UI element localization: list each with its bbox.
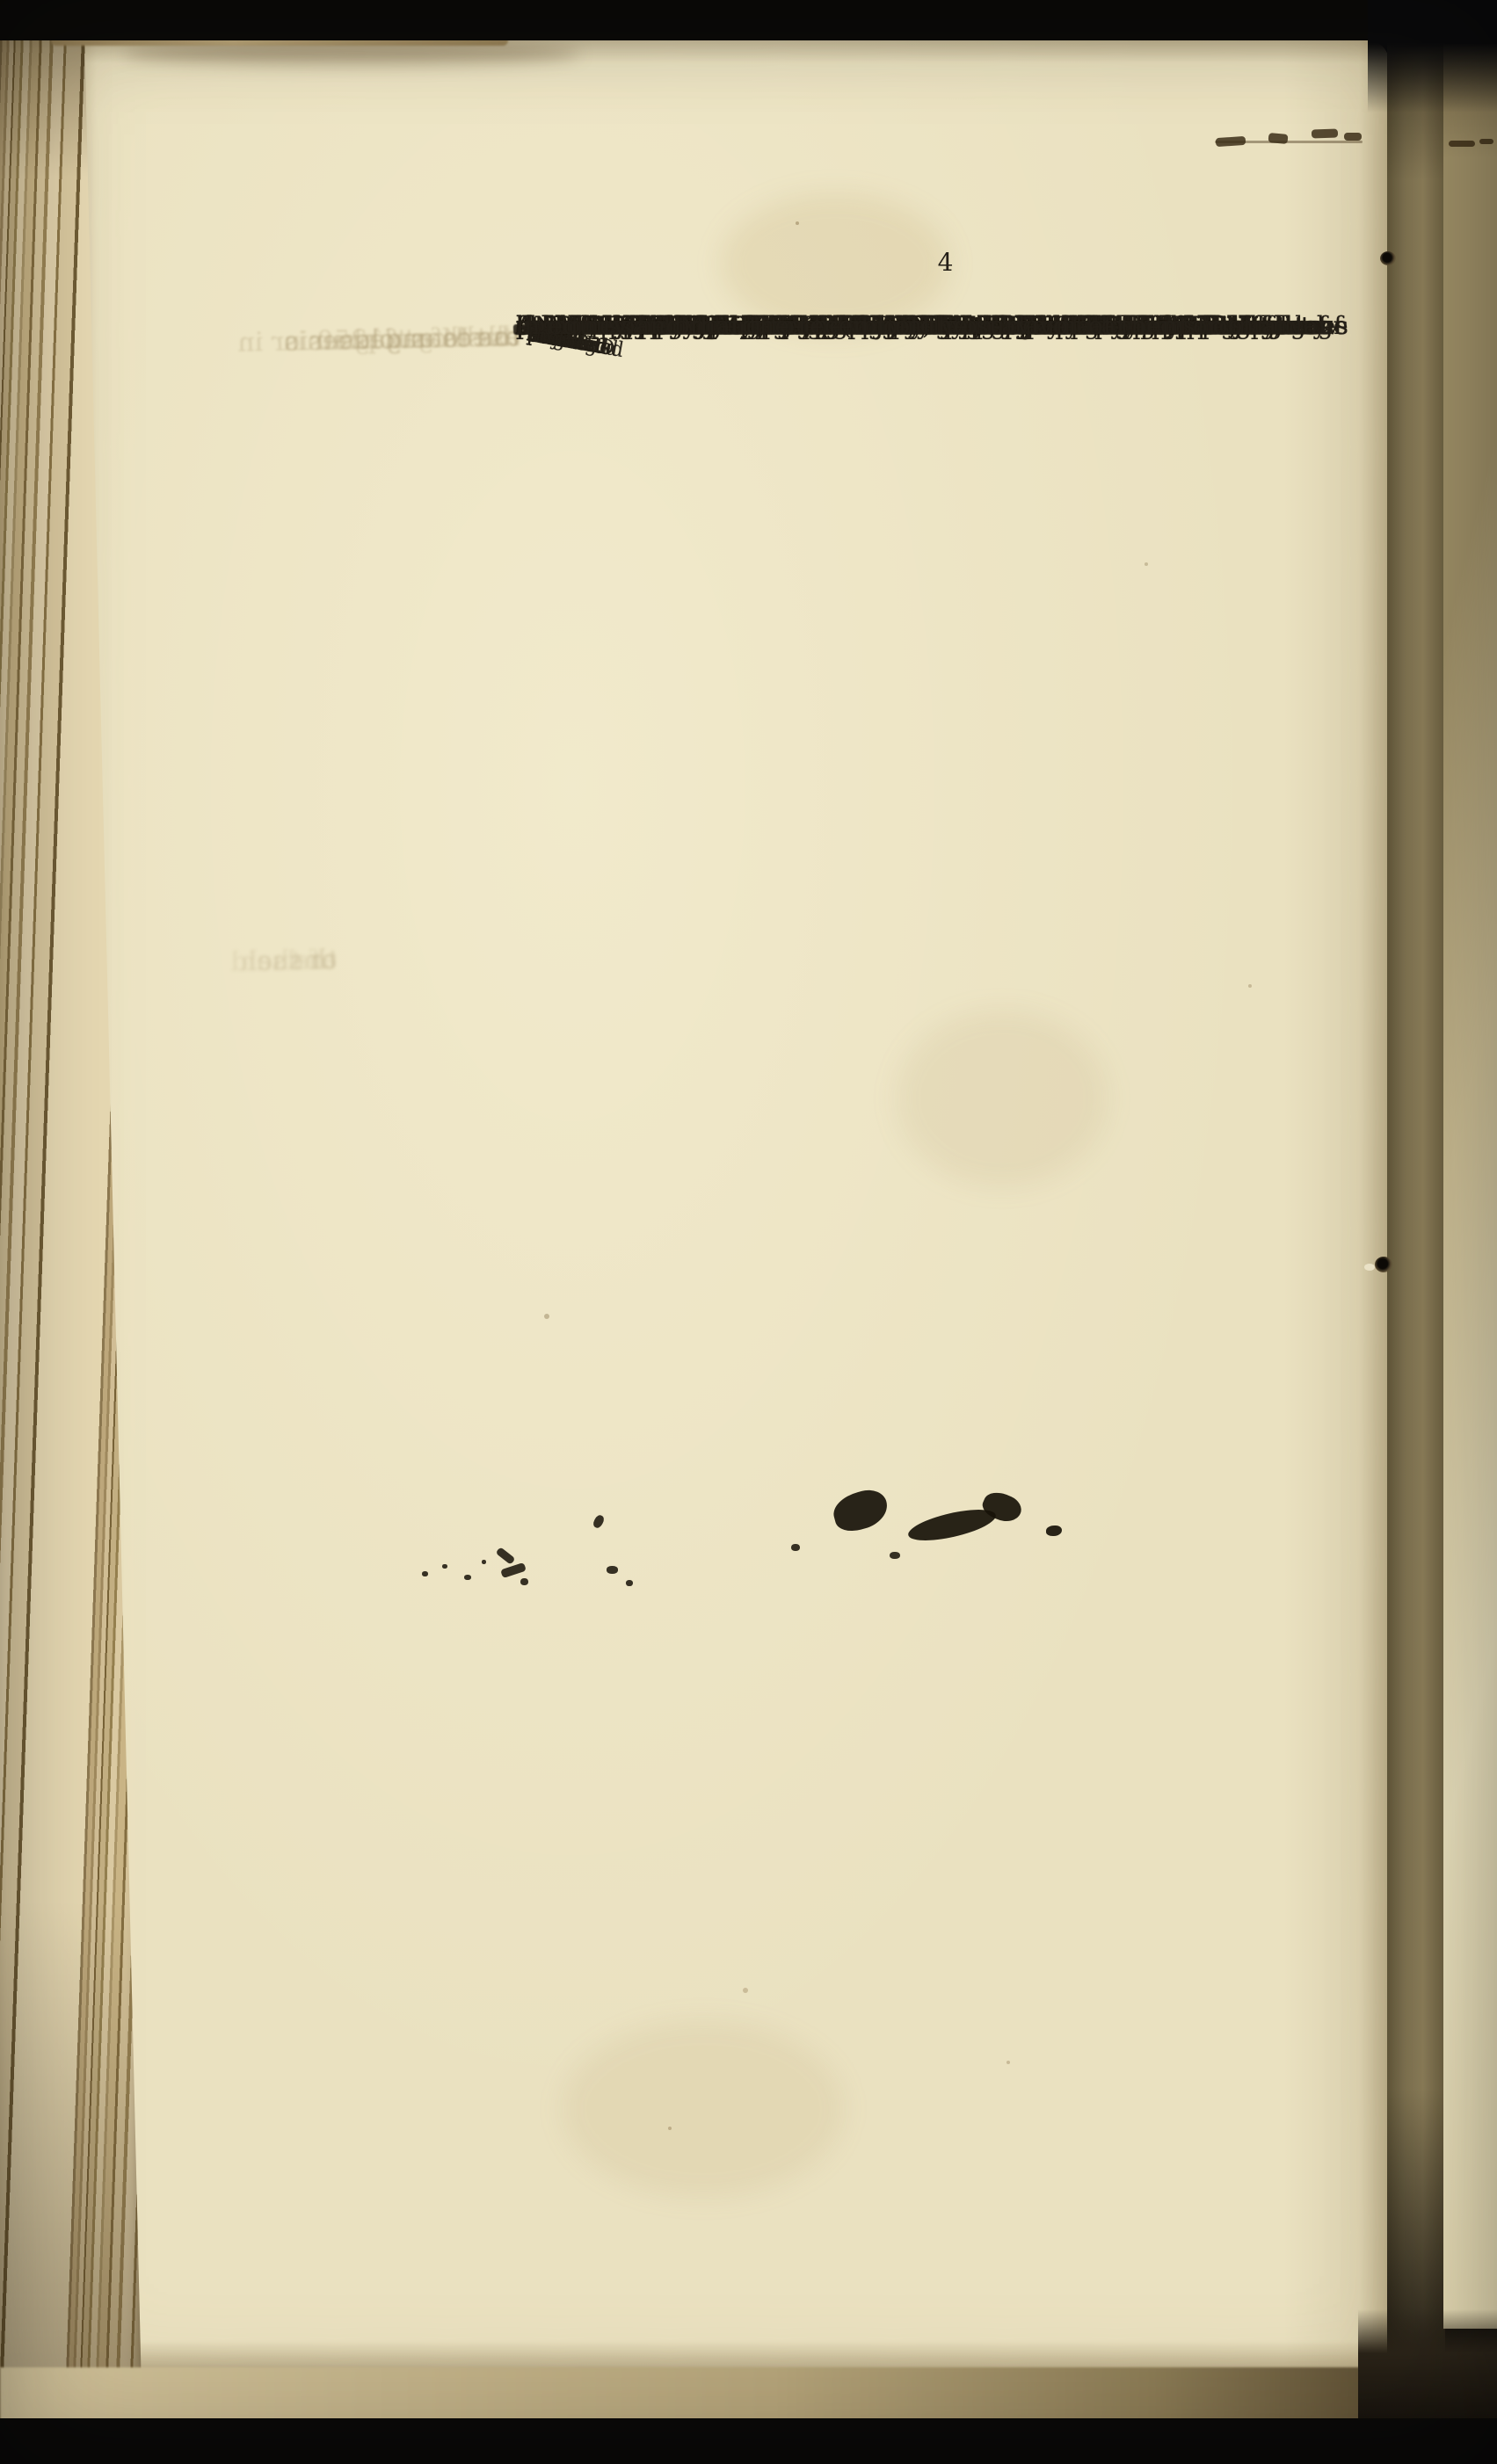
background-top [0, 0, 1497, 40]
paper-specks [0, 0, 4, 4]
stitch-hole [1375, 1257, 1392, 1272]
stitch-mark [1479, 139, 1493, 144]
margin-ink-dot [482, 1560, 486, 1564]
margin-ink-dot [422, 1571, 428, 1576]
top-edge-smudge [123, 42, 580, 65]
book-gutter [1387, 37, 1445, 2424]
stitch-thread [1364, 1264, 1375, 1271]
stitch-mark [1449, 141, 1475, 147]
ink-spatter [607, 1566, 618, 1574]
paper-stain [563, 2021, 844, 2197]
background-top-right [1368, 0, 1497, 112]
page-bottom-shadow [0, 2367, 1406, 2425]
margin-ink-dot [520, 1578, 528, 1585]
ink-spatter [791, 1544, 800, 1551]
page-number: 4 [516, 248, 1376, 277]
stitch-mark [1312, 128, 1338, 138]
ink-spatter [626, 1580, 633, 1586]
background-bottom [0, 2418, 1497, 2464]
gutter-bottom-shadow [1358, 2309, 1497, 2425]
stitch-hole [1380, 251, 1396, 265]
stitch-mark [1268, 133, 1289, 144]
showthrough-text-lower: thandor theof suchthe said [72, 920, 346, 1417]
ink-spatter [890, 1552, 900, 1559]
book-photo: ess than £1250 inthe Mortgagees or intor… [0, 0, 1497, 2464]
next-page-edge [1443, 44, 1497, 2329]
margin-ink-dot [464, 1575, 471, 1580]
margin-ink-dot [442, 1564, 447, 1569]
showthrough-text-upper: ess than £1250 inthe Mortgagees or intor… [177, 315, 526, 629]
stitch-mark [1344, 133, 1362, 141]
paper-stain [897, 1011, 1108, 1186]
